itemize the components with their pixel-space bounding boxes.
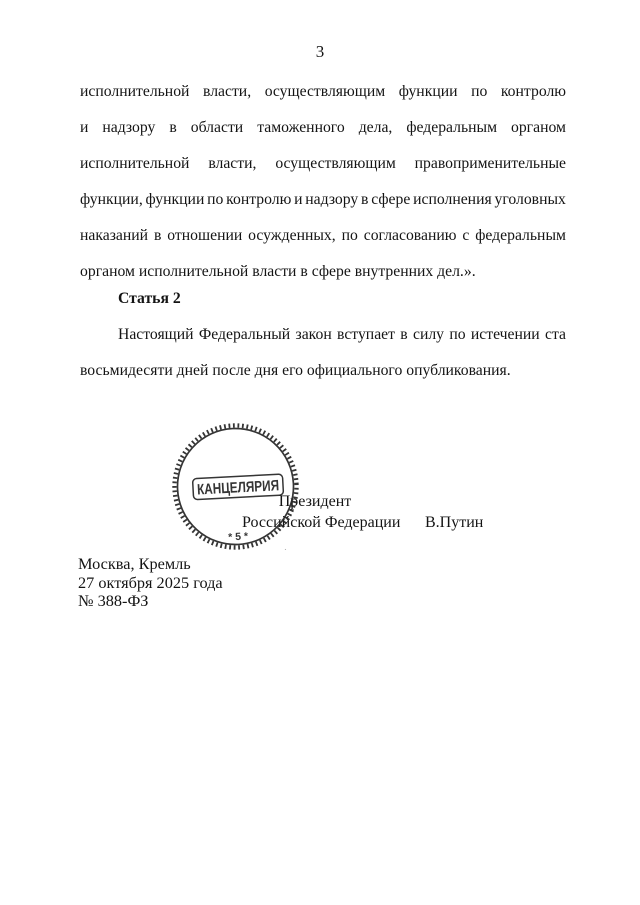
word: функции	[399, 83, 458, 104]
word: вступает	[337, 326, 395, 347]
paragraph-line: исполнительнойвласти,осуществляющимправо…	[80, 155, 566, 176]
word: по	[471, 83, 487, 104]
word: надзору	[102, 119, 155, 140]
word: в	[154, 227, 161, 248]
word: органом	[511, 119, 566, 140]
footer-law-number: № 388-ФЗ	[78, 591, 148, 611]
page-number: 3	[0, 42, 640, 62]
article-heading: Статья 2	[118, 290, 566, 311]
word: исполнительной	[80, 155, 189, 176]
paragraph-line: наказанийвотношенииосужденных,посогласов…	[80, 227, 566, 248]
word: власти,	[203, 83, 251, 104]
word: в	[361, 191, 368, 212]
word: исполнения	[413, 191, 492, 212]
signature-name: В.Путин	[425, 514, 483, 532]
word: функции	[146, 191, 205, 212]
word: отношении	[167, 227, 242, 248]
document-page: 3 исполнительнойвласти,осуществляющимфун…	[0, 0, 640, 905]
word: осужденных,	[248, 227, 336, 248]
paragraph-line: исполнительнойвласти,осуществляющимфункц…	[80, 83, 566, 104]
svg-text:Президент Российской Федерации: Президент Российской Федерации	[178, 546, 304, 555]
word: по	[449, 326, 465, 347]
word: таможенного	[257, 119, 345, 140]
word: власти,	[208, 155, 256, 176]
word: наказаний	[80, 227, 148, 248]
word: закон	[296, 326, 332, 347]
word: истечении	[471, 326, 540, 347]
word: в	[169, 119, 176, 140]
footer-place: Москва, Кремль	[78, 554, 191, 574]
word: с	[462, 227, 469, 248]
word: согласованию	[364, 227, 457, 248]
paragraph-line: функции,функциипоконтролюинадзорувсфереи…	[80, 191, 566, 212]
word: Настоящий	[118, 326, 194, 347]
word: контролю	[226, 191, 291, 212]
word: функции,	[80, 191, 143, 212]
paragraph-line: восьмидесяти дней после дня его официаль…	[80, 362, 566, 383]
word: сфере	[371, 191, 410, 212]
word: и	[294, 191, 302, 212]
word: ста	[545, 326, 566, 347]
chancellery-stamp: Президент Российской Федерации * 5 * КАН…	[167, 418, 305, 556]
word: надзору	[305, 191, 358, 212]
word: правоприменительные	[415, 155, 566, 176]
word: контролю	[501, 83, 566, 104]
word: по	[342, 227, 358, 248]
word: исполнительной	[80, 83, 189, 104]
word: по	[207, 191, 223, 212]
footer-date: 27 октября 2025 года	[78, 573, 223, 593]
paragraph-line: органом исполнительной власти в сфере вн…	[80, 263, 566, 284]
word: осуществляющим	[265, 83, 385, 104]
paragraph-line: инадзорувобластитаможенногодела,федераль…	[80, 119, 566, 140]
word: области	[191, 119, 243, 140]
paragraph-line: НастоящийФедеральныйзаконвступаетвсилупо…	[118, 326, 566, 347]
word: уголовных	[494, 191, 565, 212]
word: федеральным	[475, 227, 566, 248]
word: и	[80, 119, 88, 140]
word: Федеральный	[199, 326, 290, 347]
word: федеральным	[406, 119, 497, 140]
word: силу	[413, 326, 444, 347]
word: осуществляющим	[275, 155, 395, 176]
word: дела,	[359, 119, 393, 140]
word: в	[400, 326, 407, 347]
stamp-ring-text: Президент Российской Федерации	[178, 546, 304, 555]
stamp-bottom-text: * 5 *	[228, 530, 249, 543]
